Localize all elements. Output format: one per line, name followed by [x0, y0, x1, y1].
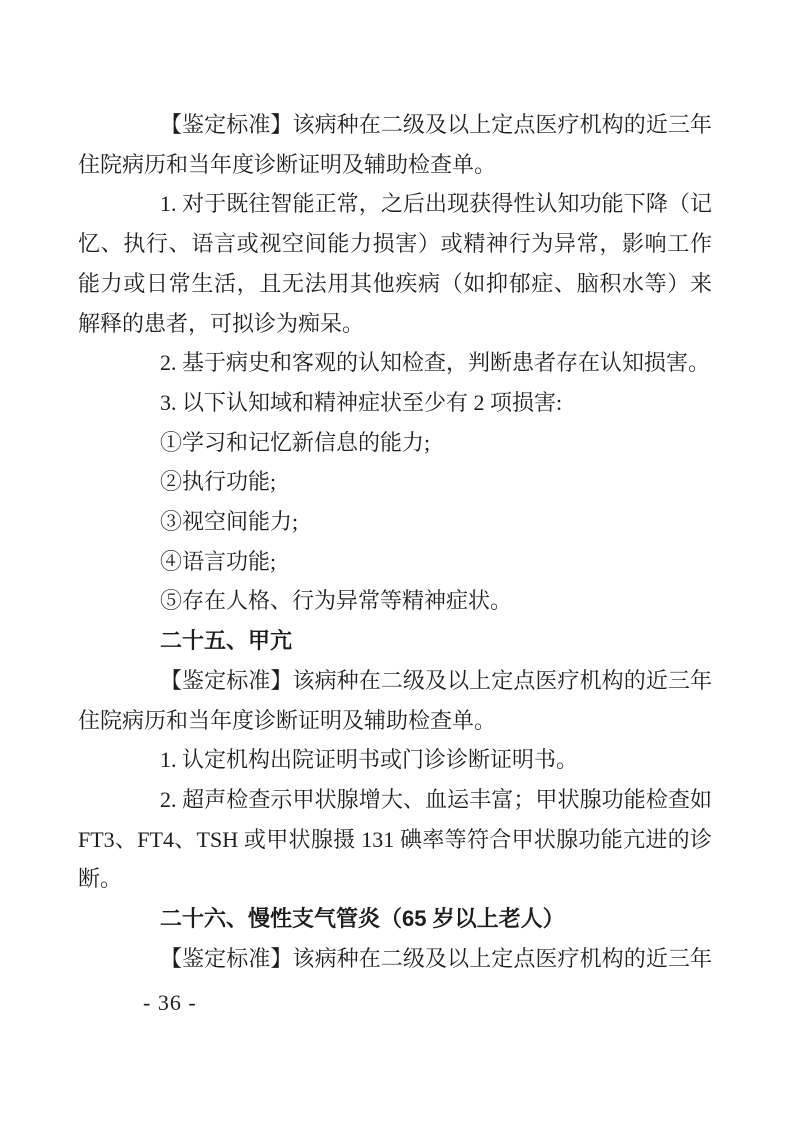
- criterion-2-dementia: 2. 基于病史和客观的认知检查，判断患者存在认知损害。: [78, 343, 712, 383]
- cognitive-domain-item-5: ⑤存在人格、行为异常等精神症状。: [78, 581, 712, 621]
- criterion-1-dementia: 1. 对于既往智能正常，之后出现获得性认知功能下降（记忆、执行、语言或视空间能力…: [78, 184, 712, 343]
- criterion-3-dementia: 3. 以下认知域和精神症状至少有 2 项损害:: [78, 383, 712, 423]
- cognitive-domain-item-4: ④语言功能;: [78, 542, 712, 582]
- criterion-1-hyperthyroidism: 1. 认定机构出院证明书或门诊诊断证明书。: [78, 740, 712, 780]
- cognitive-domain-item-1: ①学习和记忆新信息的能力;: [78, 423, 712, 463]
- page-number: - 36 -: [143, 990, 197, 1016]
- appraisal-standard-paragraph-dementia: 【鉴定标准】该病种在二级及以上定点医疗机构的近三年住院病历和当年度诊断证明及辅助…: [78, 105, 712, 184]
- section-heading-hyperthyroidism: 二十五、甲亢: [78, 621, 712, 661]
- cognitive-domain-item-2: ②执行功能;: [78, 462, 712, 502]
- section-heading-chronic-bronchitis: 二十六、慢性支气管炎（65 岁以上老人）: [78, 899, 712, 939]
- criterion-2-hyperthyroidism: 2. 超声检查示甲状腺增大、血运丰富；甲状腺功能检查如FT3、FT4、TSH 或…: [78, 780, 712, 899]
- document-content: 【鉴定标准】该病种在二级及以上定点医疗机构的近三年住院病历和当年度诊断证明及辅助…: [78, 105, 712, 978]
- document-page: 【鉴定标准】该病种在二级及以上定点医疗机构的近三年住院病历和当年度诊断证明及辅助…: [0, 0, 793, 1121]
- cognitive-domain-item-3: ③视空间能力;: [78, 502, 712, 542]
- appraisal-standard-paragraph-chronic-bronchitis: 【鉴定标准】该病种在二级及以上定点医疗机构的近三年: [78, 939, 712, 979]
- appraisal-standard-paragraph-hyperthyroidism: 【鉴定标准】该病种在二级及以上定点医疗机构的近三年住院病历和当年度诊断证明及辅助…: [78, 661, 712, 740]
